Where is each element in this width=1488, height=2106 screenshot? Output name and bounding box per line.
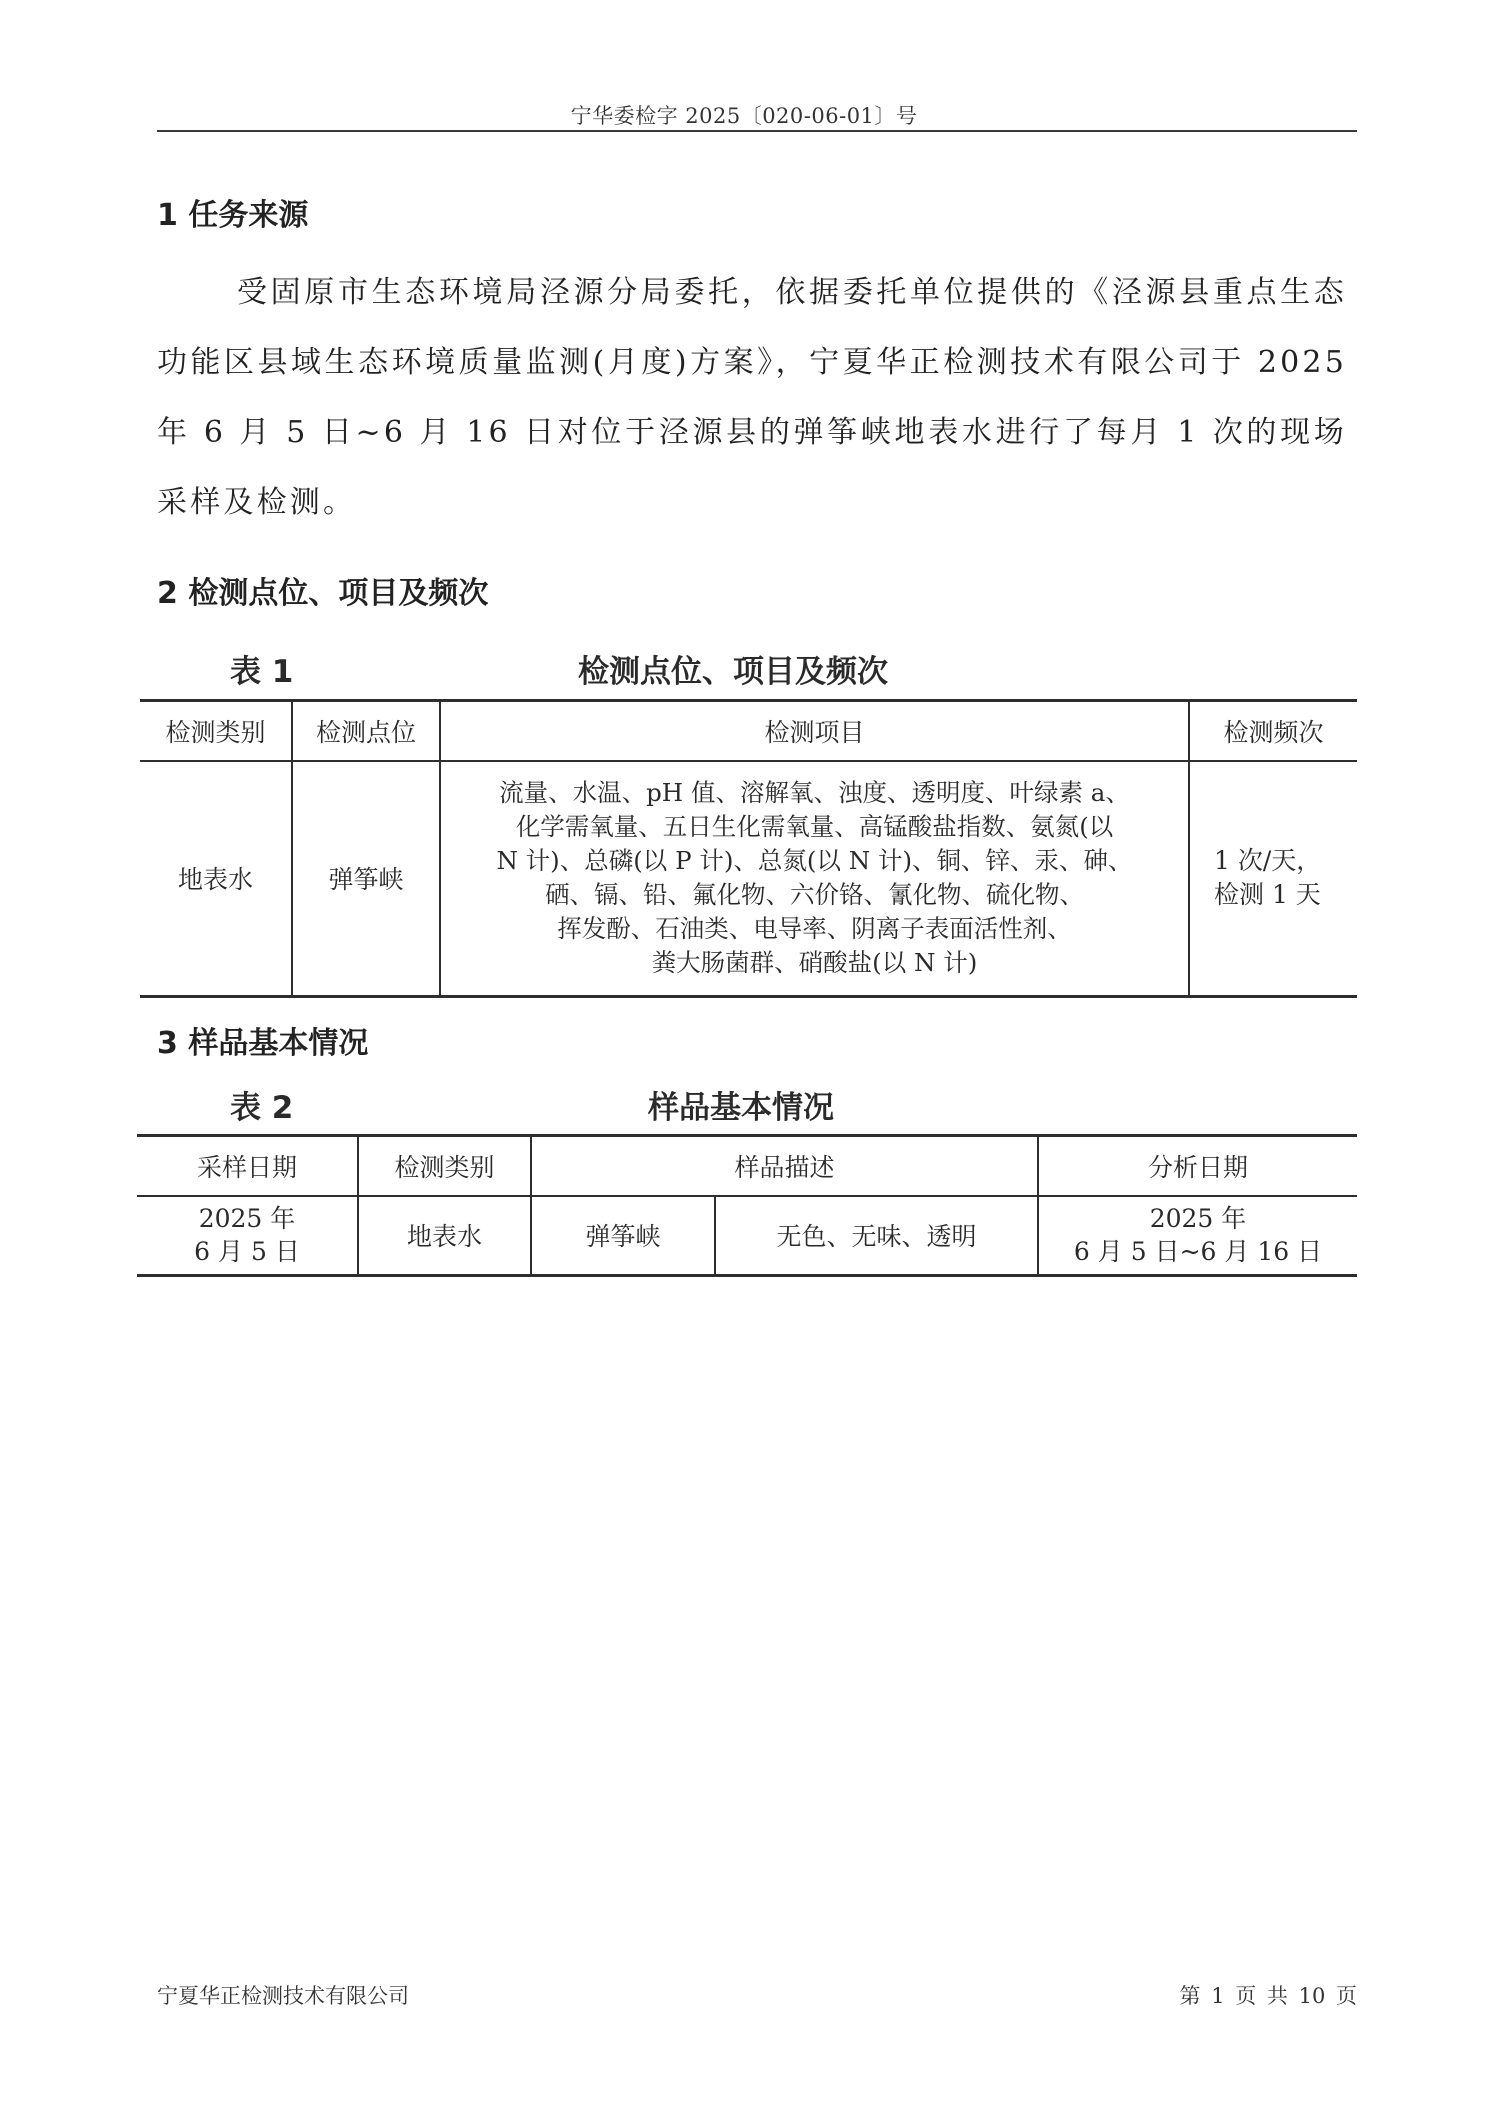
table2-title: 样品基本情况 xyxy=(648,1082,834,1127)
table-row: 2025 年 6 月 5 日 地表水 弹筝峡 无色、无味、透明 2025 年 6… xyxy=(137,1196,1357,1276)
table1-header-row: 检测类别 检测点位 检测项目 检测频次 xyxy=(140,701,1357,761)
items-line: 流量、水温、pH 值、溶解氧、浊度、透明度、叶绿素 a、 xyxy=(445,776,1184,810)
items-line: 硒、镉、铅、氟化物、六价铬、氰化物、硫化物、 xyxy=(445,878,1184,912)
table2-col-description: 样品描述 xyxy=(531,1136,1038,1196)
table1-cell-category: 地表水 xyxy=(140,761,292,997)
table2-cell-analysis-date: 2025 年 6 月 5 日~6 月 16 日 xyxy=(1038,1196,1357,1276)
table2-cell-appearance: 无色、无味、透明 xyxy=(715,1196,1038,1276)
table2-col-category: 检测类别 xyxy=(358,1136,531,1196)
table1-number: 表 1 xyxy=(230,646,293,691)
task-source-paragraph: 受固原市生态环境局泾源分局委托，依据委托单位提供的《泾源县重点生态功能区县域生态… xyxy=(157,258,1347,538)
items-line: 粪大肠菌群、硝酸盐(以 N 计) xyxy=(445,946,1184,980)
items-line: 化学需氧量、五日生化需氧量、高锰酸盐指数、氨氮(以 xyxy=(445,810,1184,844)
table-sample-info: 采样日期 检测类别 样品描述 分析日期 2025 年 6 月 5 日 地表水 弹… xyxy=(137,1134,1357,1277)
table1-cell-items: 流量、水温、pH 值、溶解氧、浊度、透明度、叶绿素 a、 化学需氧量、五日生化需… xyxy=(440,761,1189,997)
header-divider xyxy=(157,130,1357,132)
table2-col-sampling-date: 采样日期 xyxy=(137,1136,358,1196)
table2-header-row: 采样日期 检测类别 样品描述 分析日期 xyxy=(137,1136,1357,1196)
date-line: 6 月 5 日~6 月 16 日 xyxy=(1039,1235,1357,1268)
table1-cell-frequency: 1 次/天， 检测 1 天 xyxy=(1189,761,1357,997)
date-line: 2025 年 xyxy=(137,1202,357,1235)
frequency-line: 1 次/天， xyxy=(1214,844,1357,878)
items-line: 挥发酚、石油类、电导率、阴离子表面活性剂、 xyxy=(445,912,1184,946)
table1-title: 检测点位、项目及频次 xyxy=(578,646,888,691)
table2-col-analysis-date: 分析日期 xyxy=(1038,1136,1357,1196)
date-line: 2025 年 xyxy=(1039,1202,1357,1235)
table1-col-site: 检测点位 xyxy=(292,701,440,761)
footer-page-info: 第 1 页 共 10 页 xyxy=(1100,1980,1357,2010)
table1-col-items: 检测项目 xyxy=(440,701,1189,761)
document-number-header: 宁华委检字 2025〔020-06-01〕号 xyxy=(0,100,1488,130)
frequency-line: 检测 1 天 xyxy=(1214,878,1357,912)
table1-col-frequency: 检测频次 xyxy=(1189,701,1357,761)
section-heading-sample-info: 3 样品基本情况 xyxy=(157,1018,368,1062)
section-heading-task-source: 1 任务来源 xyxy=(157,190,308,234)
date-line: 6 月 5 日 xyxy=(137,1235,357,1268)
items-line: N 计)、总磷(以 P 计)、总氮(以 N 计)、铜、锌、汞、砷、 xyxy=(445,844,1184,878)
table-row: 地表水 弹筝峡 流量、水温、pH 值、溶解氧、浊度、透明度、叶绿素 a、 化学需… xyxy=(140,761,1357,997)
table2-cell-site: 弹筝峡 xyxy=(531,1196,715,1276)
table2-number: 表 2 xyxy=(230,1082,293,1127)
table2-cell-category: 地表水 xyxy=(358,1196,531,1276)
section-heading-monitoring-points: 2 检测点位、项目及频次 xyxy=(157,568,488,612)
table2-cell-sampling-date: 2025 年 6 月 5 日 xyxy=(137,1196,358,1276)
table1-cell-site: 弹筝峡 xyxy=(292,761,440,997)
table-monitoring-points: 检测类别 检测点位 检测项目 检测频次 地表水 弹筝峡 流量、水温、pH 值、溶… xyxy=(140,699,1357,998)
table1-col-category: 检测类别 xyxy=(140,701,292,761)
footer-company: 宁夏华正检测技术有限公司 xyxy=(157,1980,409,2010)
